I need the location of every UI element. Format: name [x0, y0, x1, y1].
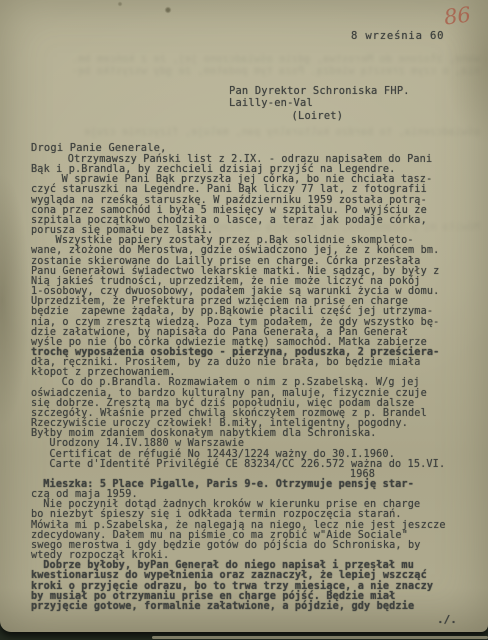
letter-date: 8 września 60 [351, 30, 444, 42]
letter-body: Otrzymawszy Pański list z 2.IX. - odrazu… [31, 155, 467, 612]
scan-bottom-edge [152, 636, 488, 639]
scanned-letter-page: { "annotation": { "ref_number": "86" }, … [0, 0, 488, 640]
letter-line: przyjęcie gotowe, formalnie załatwione, … [31, 602, 467, 612]
letter-paper: wane, złożone do Merostwa, gdzie oświadc… [0, 0, 488, 632]
salutation: Drogi Panie Generale, [31, 142, 167, 154]
recipient-city: Lailly-en-Val [229, 97, 410, 109]
bleed-through-text: wane, złożone do Merostwa, gdzie oświadc… [10, 54, 480, 65]
continuation-mark: ./. [437, 613, 457, 626]
recipient-address-block: Pan Dyrektor Schroniska FHP. Lailly-en-V… [229, 85, 410, 122]
bleed-through-text: nia, o czym zresztą wiedzą. Poza tym pod… [10, 66, 480, 77]
recipient-name: Pan Dyrektor Schroniska FHP. [229, 85, 410, 97]
recipient-region: (Loiret) [229, 110, 410, 122]
bleed-through-text: oświadczenia, to bardzo kulturalny pan, … [10, 127, 480, 138]
letter-line: będzie zapewne żądała, by pp.Bąkowie pła… [31, 307, 467, 317]
letter-line: Urodzony 14.IV.1880 w Warszawie [31, 439, 467, 449]
handwritten-ref-number: 86 [443, 2, 472, 29]
letter-line: Carte d'Identité Privilégié CE 83234/CC … [31, 460, 467, 470]
